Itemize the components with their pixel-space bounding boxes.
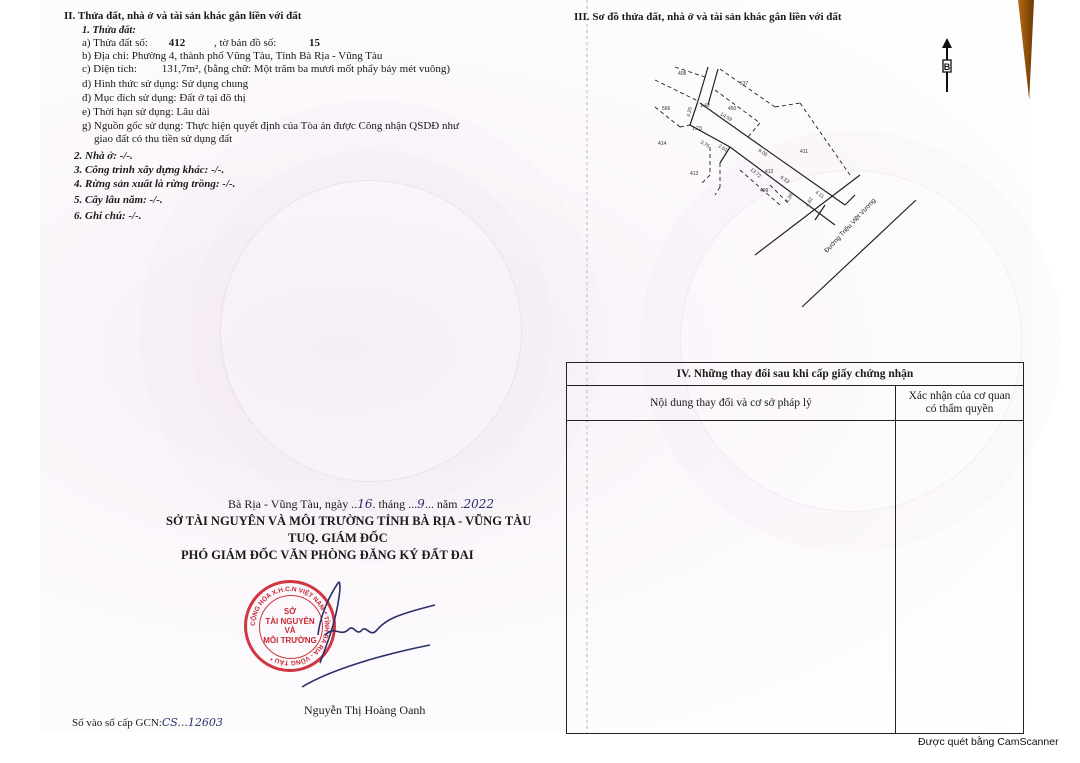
usage-form: d) Hình thức sử dụng: Sử dụng chung xyxy=(82,78,248,91)
usage-origin-cont: giao đất có thu tiền sử dụng đất xyxy=(94,133,232,146)
date-month: 9 xyxy=(417,497,425,511)
parcel-number: 412 xyxy=(169,37,186,49)
place-date-prefix: Bà Rịa - Vũng Tàu, ngày .. xyxy=(228,497,357,511)
area-row: c) Diện tích: 131,7m², (bằng chữ: Một tr… xyxy=(82,63,450,76)
address: b) Địa chỉ: Phường 4, thành phố Vũng Tàu… xyxy=(82,50,382,63)
signer-position: PHÓ GIÁM ĐỐC VĂN PHÒNG ĐĂNG KÝ ĐẤT ĐAI xyxy=(181,548,474,563)
subsection-parcel-title: 1. Thửa đất: xyxy=(82,24,136,37)
changes-content-cell xyxy=(567,421,896,734)
section-iii-title: III. Sơ đồ thửa đất, nhà ở và tài sản kh… xyxy=(574,11,842,23)
usage-purpose: đ) Mục đích sử dụng: Đất ở tại đô thị xyxy=(82,92,246,105)
on-behalf-of: TUQ. GIÁM ĐỐC xyxy=(288,531,388,546)
map-sheet-label: , tờ bản đồ số: xyxy=(214,37,276,49)
place-date: Bà Rịa - Vũng Tàu, ngày ..16. tháng ...9… xyxy=(228,497,494,512)
register-label: Số vào sổ cấp GCN: xyxy=(72,717,162,729)
svg-text:6.53: 6.53 xyxy=(779,175,791,186)
year-label: ... năm . xyxy=(425,497,464,511)
date-year: 2022 xyxy=(463,497,494,511)
area-value: 131,7m², (bằng chữ: Một trăm ba mươi mốt… xyxy=(162,63,450,75)
svg-text:1.23: 1.23 xyxy=(692,126,702,132)
item-house: 2. Nhà ở: -/-. xyxy=(74,150,133,163)
changes-table-title: IV. Những thay đổi sau khi cấp giấy chứn… xyxy=(567,363,1024,386)
north-arrow-icon: B xyxy=(936,38,958,96)
area-label: c) Diện tích: xyxy=(82,63,137,75)
svg-text:412: 412 xyxy=(765,169,774,175)
date-day: 16 xyxy=(357,497,372,511)
svg-text:413: 413 xyxy=(690,171,699,177)
section-ii-title: II. Thửa đất, nhà ở và tài sản khác gắn … xyxy=(64,10,301,22)
svg-text:3.75: 3.75 xyxy=(699,140,711,150)
svg-text:408: 408 xyxy=(678,71,687,77)
register-value: CS...12603 xyxy=(162,716,223,729)
svg-text:409: 409 xyxy=(760,188,769,194)
svg-text:4.11: 4.11 xyxy=(814,190,825,200)
issuing-agency: SỞ TÀI NGUYÊN VÀ MÔI TRƯỜNG TỈNH BÀ RỊA … xyxy=(166,514,531,529)
changes-table: IV. Những thay đổi sau khi cấp giấy chứn… xyxy=(566,362,1024,734)
svg-text:6.05: 6.05 xyxy=(757,148,769,159)
scanner-watermark: Được quét bằng CamScanner xyxy=(918,736,1059,748)
svg-text:414: 414 xyxy=(658,141,667,147)
item-other-construction: 3. Công trình xây dựng khác: -/-. xyxy=(74,164,224,177)
usage-term: e) Thời hạn sử dụng: Lâu dài xyxy=(82,106,210,119)
register-number: Số vào sổ cấp GCN:CS...12603 xyxy=(72,716,223,730)
month-label: . tháng ... xyxy=(373,497,418,511)
parcel-number-row: a) Thửa đất số: 412 , tờ bản đồ số: 15 xyxy=(82,37,320,50)
svg-text:B: B xyxy=(944,62,951,72)
svg-text:537: 537 xyxy=(740,81,749,87)
parcel-number-label: a) Thửa đất số: xyxy=(82,37,148,49)
col-header-confirmation-line2: có thẩm quyền xyxy=(896,403,1023,416)
signer-name: Nguyễn Thị Hoàng Oanh xyxy=(304,703,425,718)
svg-text:450: 450 xyxy=(728,106,737,112)
svg-text:4.62: 4.62 xyxy=(805,196,815,208)
col-header-confirmation: Xác nhận của cơ quan có thẩm quyền xyxy=(896,386,1024,421)
svg-text:566: 566 xyxy=(662,106,671,112)
changes-confirmation-cell xyxy=(896,421,1024,734)
usage-origin: g) Nguồn gốc sử dụng: Thực hiện quyết đị… xyxy=(82,120,459,133)
svg-text:Đường Triệu Việt Vương: Đường Triệu Việt Vương xyxy=(823,197,877,254)
col-header-content: Nội dung thay đổi và cơ sở pháp lý xyxy=(567,386,896,421)
col-header-confirmation-line1: Xác nhận của cơ quan xyxy=(896,390,1023,403)
item-forest: 4. Rừng sản xuất là rừng trồng: -/-. xyxy=(74,178,235,191)
item-perennial-trees: 5. Cây lâu năm: -/-. xyxy=(74,194,163,207)
item-notes: 6. Ghi chú: -/-. xyxy=(74,210,142,223)
handwritten-signature-icon xyxy=(230,575,440,695)
svg-text:1.42: 1.42 xyxy=(700,103,710,109)
svg-text:411: 411 xyxy=(800,149,808,155)
map-sheet-number: 15 xyxy=(309,37,320,49)
parcel-diagram: 4085375664504144114134094124.251.4214.59… xyxy=(640,55,930,315)
